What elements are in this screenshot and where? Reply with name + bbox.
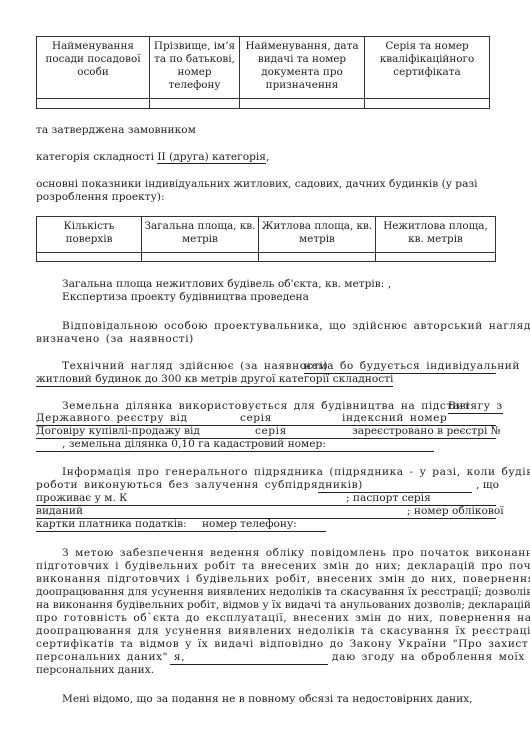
- header-floors: Кількість поверхів: [37, 217, 142, 253]
- complexity-suffix: ,: [266, 151, 269, 163]
- consent-line: З метою забезпечення ведення обліку пові…: [36, 547, 496, 560]
- officials-table: Найменування посади посадової особи Пріз…: [36, 36, 490, 109]
- consent-line9-text: даю згоду на оброблення моїх: [332, 651, 496, 664]
- consent-line: доопрацювання для усунення виявлених нед…: [36, 625, 496, 638]
- land-plot-registered-label[interactable]: зареєстровано в реєстрі №: [352, 425, 501, 438]
- land-plot-contract-series-label[interactable]: серія: [255, 425, 287, 438]
- consent-line: сертифікатів та відмов у їх видачі відпо…: [36, 638, 496, 651]
- technical-supervision-value-line1[interactable]: нема бо будується індивідуальний: [304, 360, 496, 374]
- contractor-passport-label: ; паспорт серія: [346, 492, 431, 505]
- liability-text: Мені відомо, що за подання не в повному …: [62, 693, 473, 706]
- consent-line: виконання підготовчих і будівельних робі…: [36, 573, 496, 586]
- indicators-intro-line1: основні показники індивідуальних житлови…: [36, 178, 478, 191]
- indicators-intro-line2: розроблення проекту):: [36, 191, 165, 204]
- land-plot-index-number-label[interactable]: індексний номер: [342, 412, 447, 425]
- land-plot-registry-date-label[interactable]: Державного реєстру від: [36, 412, 188, 425]
- land-plot-basis[interactable]: Витягу з: [448, 400, 503, 414]
- consent-line: доопрацювання для усунення виявлених нед…: [36, 586, 496, 599]
- table-cell[interactable]: [259, 253, 376, 262]
- contractor-line1: Інформація про генерального підрядника (…: [62, 466, 530, 479]
- consent-line: на виконання будівельних робіт, відмов у…: [36, 599, 496, 612]
- land-plot-cadastral-label[interactable]: , земельна ділянка 0,10 га кадастровий н…: [62, 438, 326, 451]
- header-nonliving-area: Нежитлова площа, кв. метрів: [376, 217, 496, 253]
- header-position: Найменування посади посадової особи: [37, 37, 150, 99]
- table-row: [37, 253, 496, 262]
- nonresidential-area-text: Загальна площа нежитлових будівель об'єк…: [62, 278, 391, 291]
- consent-line: підготовчих і будівельних робіт та внесе…: [36, 560, 496, 573]
- contractor-address-label: проживає у м. К: [36, 492, 127, 505]
- header-appointment-document: Найменування, дата видачі та номер докум…: [240, 37, 365, 99]
- table-cell[interactable]: [37, 99, 150, 109]
- table-cell[interactable]: [240, 99, 365, 109]
- author-supervision-line1: Відповідальною особою проектувальника, щ…: [36, 320, 496, 333]
- table-cell[interactable]: [365, 99, 490, 109]
- technical-supervision-label: Технічний нагляд здійснює (за наявності): [62, 360, 328, 373]
- header-certificate: Серія та номер кваліфікаційного сертифік…: [365, 37, 490, 99]
- complexity-label: категорія складності: [36, 151, 154, 163]
- contractor-line2-label: роботи виконуються без залучення субпідр…: [36, 479, 363, 492]
- consent-line: про готовність об`єкта до експлуатації, …: [36, 612, 496, 625]
- consent-line10: персональних даних.: [36, 664, 154, 677]
- complexity-line: категорія складності II (друга) категорі…: [36, 151, 269, 164]
- table-cell[interactable]: [37, 253, 142, 262]
- table-row: [37, 99, 490, 109]
- approved-by-text: та затверджена замовником: [36, 124, 196, 137]
- complexity-value[interactable]: II (друга) категорія: [157, 151, 266, 164]
- header-total-area: Загальна площа, кв. метрів: [142, 217, 259, 253]
- author-supervision-line2: визначено (за наявності): [36, 333, 194, 346]
- technical-supervision-value[interactable]: нема бо будується індивідуальний: [304, 360, 496, 374]
- land-plot-registry-series-label[interactable]: серія: [240, 412, 272, 425]
- contractor-phone-label: номер телефону:: [202, 518, 297, 531]
- expertise-text: Експертиза проекту будівництва проведена: [62, 291, 309, 304]
- officials-table-header: Найменування посади посадової особи Пріз…: [37, 37, 490, 99]
- consent-paragraph: З метою забезпечення ведення обліку пові…: [36, 547, 496, 651]
- table-cell[interactable]: [376, 253, 496, 262]
- contractor-issued-label: виданий: [36, 505, 83, 518]
- indicators-table-header: Кількість поверхів Загальна площа, кв. м…: [37, 217, 496, 253]
- land-plot-contract-date-label[interactable]: Договіру купівлі-продажу від: [36, 425, 200, 438]
- table-cell[interactable]: [142, 253, 259, 262]
- table-cell[interactable]: [150, 99, 240, 109]
- consent-name-field[interactable]: [170, 664, 328, 665]
- technical-supervision-value-line2[interactable]: житловий будинок до 300 кв метрів другої…: [36, 373, 393, 387]
- contractor-tax-number-label: картки платника податків:: [36, 518, 187, 531]
- consent-line9-label: персональних даних" я,: [36, 651, 185, 664]
- header-living-area: Житлова площа, кв. метрів: [259, 217, 376, 253]
- contractor-line2-suffix: , що: [476, 479, 499, 492]
- header-full-name: Прізвище, ім’я та по батькові, номер тел…: [150, 37, 240, 99]
- contractor-tax-card-label: ; номер облікової: [407, 505, 504, 518]
- land-plot-line4-underline: [36, 451, 434, 452]
- indicators-table: Кількість поверхів Загальна площа, кв. м…: [36, 216, 496, 262]
- contractor-tax-phone-field[interactable]: [36, 531, 326, 532]
- author-supervision-text: Відповідальною особою проектувальника, щ…: [62, 320, 530, 332]
